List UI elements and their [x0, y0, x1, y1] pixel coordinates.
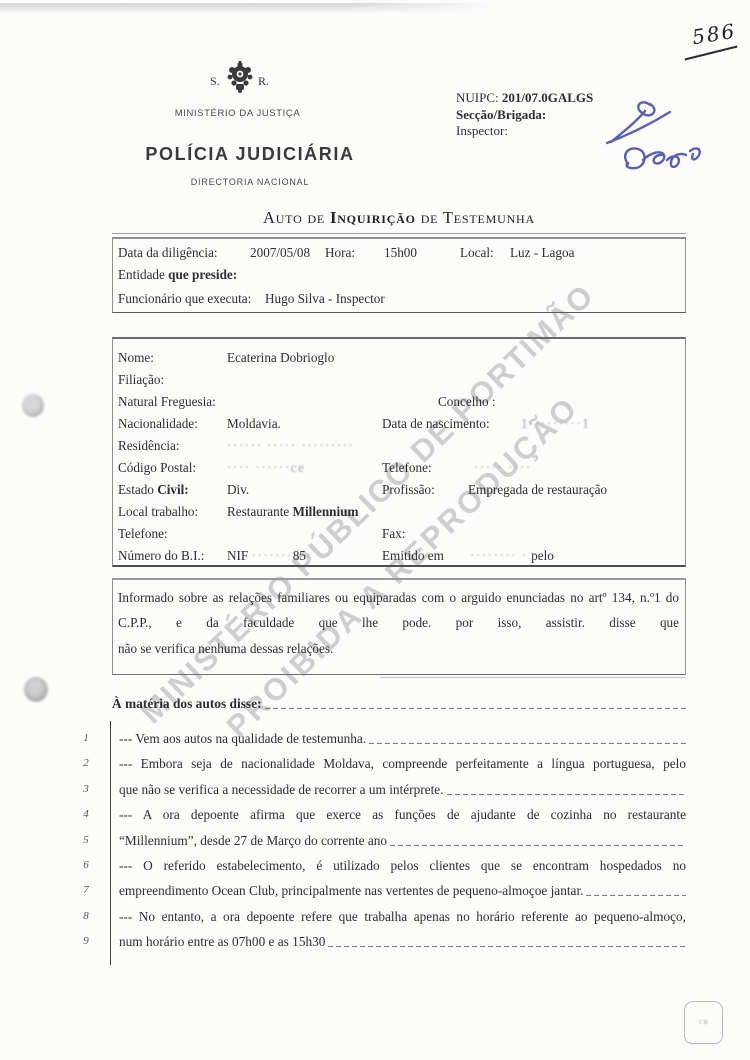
nome-label: Nome: — [118, 347, 154, 369]
nacionalidade-label: Nacionalidade: — [118, 413, 198, 435]
dash-fill — [447, 777, 687, 802]
trabalho-row: Local trabalho: Restaurante Millennium — [118, 501, 681, 523]
nome-row: Nome: Ecaterina Dobrioglo — [118, 347, 681, 369]
nif-value: NIF ·······85 — [227, 545, 306, 567]
line-text: --- Embora seja de nacionalidade Moldava… — [119, 756, 686, 771]
document-content: 586 S. R. MINI — [0, 0, 750, 1060]
legal-notice-paragraph: Informado sobre as relações familiares o… — [118, 585, 679, 661]
header-s-label: S. — [210, 74, 220, 89]
hora-value: 15h00 — [384, 242, 417, 264]
line-content: --- No entanto, a ora depoente refere qu… — [119, 904, 686, 929]
line-text: empreendimento Ocean Club, principalment… — [119, 878, 583, 903]
document-title: Auto de Inquirição de Testemunha — [112, 208, 686, 228]
statement-line: 8 --- No entanto, a ora depoente refere … — [119, 904, 686, 929]
postal-row: Código Postal: ···· ······ce Telefone: ·… — [118, 457, 681, 479]
police-title: POLÍCIA JUDICIÁRIA — [120, 144, 380, 165]
nacionalidade-row: Nacionalidade: Moldavia. Data de nascime… — [118, 413, 681, 435]
handwritten-page-number: 586 — [692, 22, 736, 46]
entidade-label-normal: Entidade — [118, 267, 168, 282]
line-content: --- A ora depoente afirma que exerce as … — [119, 802, 686, 827]
page-number-text: 586 — [690, 19, 737, 50]
bi-row: Número do B.I.: NIF ·······85 Emitido em… — [118, 545, 681, 567]
ministry-label: MINISTÉRIO DA JUSTIÇA — [120, 108, 355, 119]
emitido-value: ········ · pelo — [470, 545, 554, 567]
statement-line: 7 empreendimento Ocean Club, principalme… — [119, 878, 686, 903]
telefone2-label: Telefone: — [118, 523, 168, 545]
line-text: “Millennium”, desde 27 de Março do corre… — [119, 828, 387, 853]
line-number: 1 — [73, 726, 99, 751]
concelho-label: Concelho : — [438, 391, 496, 413]
estado-label-bold: Civil: — [157, 482, 189, 497]
bi-label: Número do B.I.: — [118, 545, 204, 567]
inspector-signature-text — [625, 148, 700, 168]
line-content: --- O referido estabelecimento, é utiliz… — [119, 853, 686, 878]
postal-value-redacted: ···· ······ce — [227, 457, 305, 479]
estado-value: Div. — [227, 479, 249, 501]
scanned-document-page: MINISTÉRIO PÚBLICO DE PORTIMÃO PROIBIDA … — [0, 0, 750, 1060]
nif-label: NIF — [227, 548, 252, 563]
estado-label: Estado Civil: — [118, 479, 189, 501]
local-value: Luz - Lagoa — [510, 242, 574, 264]
nuipc-value: 201/07.0GALGS — [502, 90, 593, 105]
freguesia-row: Natural Freguesia: Concelho : — [118, 391, 681, 413]
line-content: que não se verifica a necessidade de rec… — [119, 777, 686, 802]
trabalho-value-bold: Millennium — [293, 504, 359, 519]
statement-line: 4 --- A ora depoente afirma que exerce a… — [119, 802, 686, 827]
statement-line: 1 --- Vem aos autos na qualidade de test… — [119, 726, 686, 751]
line-content: --- Vem aos autos na qualidade de testem… — [119, 726, 686, 751]
legal-notice-box: Informado sobre as relações familiares o… — [112, 578, 686, 675]
box3-bottom-artifact-rule — [380, 677, 686, 678]
nuipc-line: NUIPC: 201/07.0GALGS — [456, 90, 593, 107]
telefone1-label: Telefone: — [382, 457, 432, 479]
materia-heading: À matéria dos autos disse: — [112, 693, 686, 714]
title-part1: Auto de — [263, 208, 330, 227]
corner-stamp-text: CB — [699, 1020, 708, 1026]
diligencia-row: Data da diligência: 2007/05/08 Hora: 15h… — [118, 242, 681, 264]
page-number-underline — [685, 45, 738, 60]
postal-label: Código Postal: — [118, 457, 196, 479]
funcionario-value: Hugo Silva - Inspector — [265, 288, 385, 310]
estado-row: Estado Civil: Div. Profissão: Empregada … — [118, 479, 681, 501]
legal-line1: Informado sobre as relações familiares o… — [118, 585, 679, 610]
punch-hole-bottom — [24, 677, 48, 702]
line-number: 2 — [73, 751, 99, 776]
trabalho-label: Local trabalho: — [118, 501, 198, 523]
line-number: 8 — [73, 904, 99, 929]
line-content: num horário entre as 07h00 e as 15h30 — [119, 929, 686, 954]
trabalho-value-normal: Restaurante — [227, 504, 293, 519]
emitido-label: Emitido em — [382, 545, 444, 567]
dash-fill — [586, 878, 686, 903]
line-text: --- Vem aos autos na qualidade de testem… — [119, 726, 366, 751]
line-number: 5 — [73, 828, 99, 853]
witness-details-box: Nome: Ecaterina Dobrioglo Filiação: Natu… — [112, 337, 686, 567]
seccao-label: Secção/Brigada: — [456, 107, 593, 124]
line-number: 4 — [73, 802, 99, 827]
statement-line: 9 num horário entre as 07h00 e as 15h30 — [119, 929, 686, 954]
residencia-label: Residência: — [118, 435, 180, 457]
fax-label: Fax: — [382, 523, 405, 545]
nif-redacted: ······· — [252, 548, 293, 563]
emitido-suffix: pelo — [528, 548, 554, 563]
statement-line: 2 --- Embora seja de nacionalidade Molda… — [119, 751, 686, 776]
coat-of-arms-icon — [224, 60, 256, 101]
nascimento-label: Data de nascimento: — [382, 413, 490, 435]
line-content: “Millennium”, desde 27 de Março do corre… — [119, 828, 686, 853]
data-diligencia-label: Data da diligência: — [118, 242, 218, 264]
dash-fill — [328, 929, 686, 954]
header-r-label: R. — [258, 74, 269, 89]
corner-stamp: CB — [684, 1001, 723, 1044]
profissao-label: Profissão: — [382, 479, 435, 501]
statement-line: 5 “Millennium”, desde 27 de Março do cor… — [119, 828, 686, 853]
hora-label: Hora: — [325, 242, 355, 264]
dash-fill — [390, 828, 686, 853]
line-content: --- Embora seja de nacionalidade Moldava… — [119, 751, 686, 776]
telefone2-row: Telefone: Fax: — [118, 523, 681, 545]
funcionario-row: Funcionário que executa: Hugo Silva - In… — [118, 288, 681, 310]
line-number: 9 — [73, 929, 99, 954]
dash-fill — [369, 726, 686, 751]
local-label: Local: — [460, 242, 494, 264]
statement-line: 3 que não se verifica a necessidade de r… — [119, 777, 686, 802]
line-text: que não se verifica a necessidade de rec… — [119, 777, 444, 802]
legal-line3: não se verifica nenhuma dessas relações. — [118, 636, 679, 661]
entidade-row: Entidade que preside: — [118, 264, 681, 286]
line-text: --- A ora depoente afirma que exerce as … — [119, 807, 686, 822]
materia-dash-fill — [265, 693, 686, 714]
residencia-value-redacted: ······ ····· ········· — [227, 435, 354, 457]
residencia-row: Residência: ······ ····· ········· — [118, 435, 681, 457]
title-part2: Inquirição — [330, 208, 416, 227]
trabalho-value: Restaurante Millennium — [227, 501, 359, 523]
line-text: --- No entanto, a ora depoente refere qu… — [119, 909, 686, 924]
entidade-label: Entidade que preside: — [118, 264, 237, 286]
funcionario-label: Funcionário que executa: — [118, 288, 251, 310]
inspector-label: Inspector: — [456, 123, 593, 140]
telefone1-value-redacted: ····· ···· — [474, 457, 532, 479]
line-number: 7 — [73, 878, 99, 903]
profissao-value: Empregada de restauração — [468, 479, 607, 501]
title-part3: de Testemunha — [416, 208, 535, 227]
statement-lines: 1 --- Vem aos autos na qualidade de test… — [110, 721, 686, 965]
handwritten-ink-scribbles — [598, 85, 738, 190]
nome-value: Ecaterina Dobrioglo — [227, 347, 334, 369]
materia-label: À matéria dos autos disse: — [112, 693, 262, 714]
line-text: num horário entre as 07h00 e as 15h30 — [119, 929, 325, 954]
line-number: 3 — [73, 777, 99, 802]
entidade-label-bold: que preside: — [168, 267, 237, 282]
directorate-label: DIRECTORIA NACIONAL — [120, 177, 380, 187]
line-text: --- O referido estabelecimento, é utiliz… — [119, 858, 686, 873]
line-content: empreendimento Ocean Club, principalment… — [119, 878, 686, 903]
box1-top-rule — [112, 233, 686, 234]
data-diligencia-value: 2007/05/08 — [250, 242, 310, 264]
nif-suffix: 85 — [293, 548, 306, 563]
nacionalidade-value: Moldavia. — [227, 413, 281, 435]
case-info-block: NUIPC: 201/07.0GALGS Secção/Brigada: Ins… — [456, 90, 593, 140]
statement-line: 6 --- O referido estabelecimento, é util… — [119, 853, 686, 878]
nascimento-value-redacted: 1·········1 — [521, 413, 590, 435]
filiacao-label: Filiação: — [118, 369, 164, 391]
freguesia-label: Natural Freguesia: — [118, 391, 216, 413]
inspector-signature-flourish — [607, 102, 670, 143]
punch-hole-top — [22, 394, 44, 417]
emitido-redacted: ········ · — [470, 548, 528, 563]
estado-label-normal: Estado — [118, 482, 157, 497]
nuipc-label: NUIPC: — [456, 90, 499, 105]
diligencia-box: Data da diligência: 2007/05/08 Hora: 15h… — [112, 237, 686, 313]
line-number: 6 — [73, 853, 99, 878]
legal-line2: C.P.P., e da faculdade que lhe pode. por… — [118, 610, 679, 635]
filiacao-row: Filiação: — [118, 369, 681, 391]
